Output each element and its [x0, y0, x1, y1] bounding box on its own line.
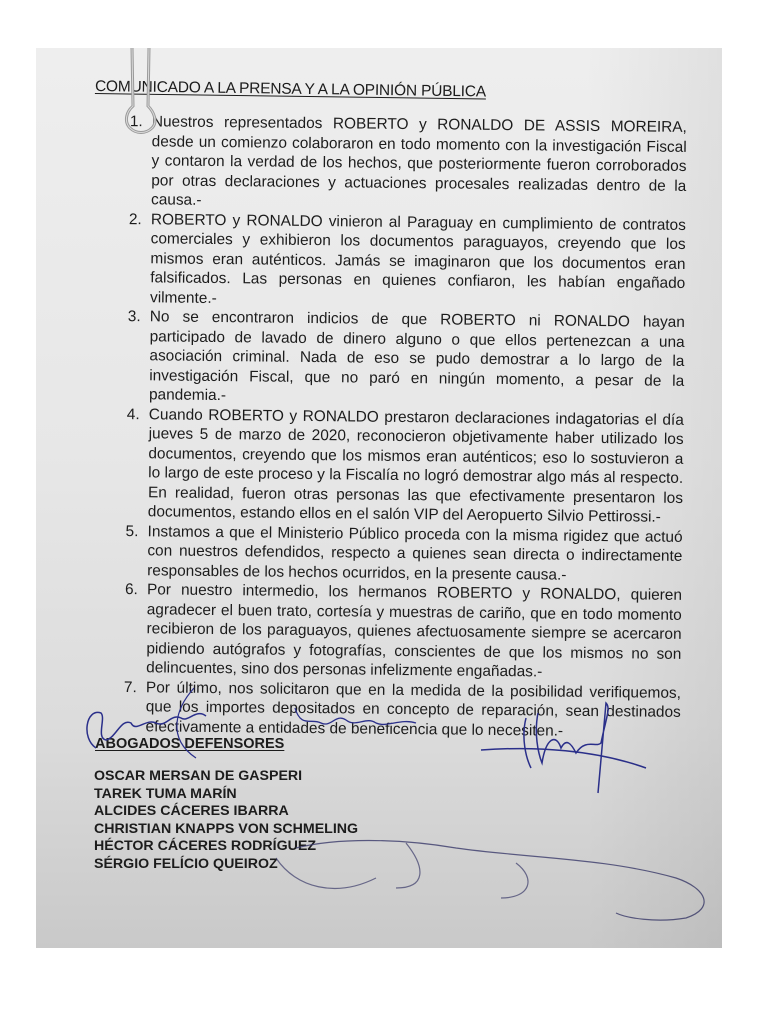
lawyer-name: TAREK TUMA MARÍN: [94, 786, 358, 804]
list-item: 5.Instamos a que el Ministerio Público p…: [117, 521, 683, 585]
list-item: 7.Por último, nos solicitaron que en la …: [115, 677, 681, 741]
list-item: 4.Cuando ROBERTO y RONALDO prestaron dec…: [118, 404, 684, 527]
list-item: 2.ROBERTO y RONALDO vinieron al Paraguay…: [120, 209, 686, 312]
list-item: 6.Por nuestro intermedio, los hermanos R…: [116, 580, 682, 683]
lawyer-list: OSCAR MERSAN DE GASPERI TAREK TUMA MARÍN…: [94, 768, 358, 873]
lawyer-name: ALCIDES CÁCERES IBARRA: [94, 803, 358, 821]
signatures-heading: ABOGADOS DEFENSORES: [95, 736, 284, 752]
lawyer-name: OSCAR MERSAN DE GASPERI: [94, 768, 358, 786]
document-photo: COMUNICADO A LA PRENSA Y A LA OPINIÓN PÚ…: [36, 48, 722, 948]
lawyer-name: SÉRGIO FELÍCIO QUEIROZ: [94, 856, 358, 874]
list-item: 3.No se encontraron indicios de que ROBE…: [119, 307, 685, 410]
statement-list: 1.Nuestros representados ROBERTO y RONAL…: [115, 112, 687, 742]
lawyer-name: CHRISTIAN KNAPPS VON SCHMELING: [94, 821, 358, 839]
paper-clip-icon: [120, 48, 160, 136]
lawyer-name: HÉCTOR CÁCERES RODRÍGUEZ: [94, 838, 358, 856]
list-item: 1.Nuestros representados ROBERTO y RONAL…: [121, 112, 687, 215]
press-release-page: COMUNICADO A LA PRENSA Y A LA OPINIÓN PÚ…: [36, 48, 722, 948]
